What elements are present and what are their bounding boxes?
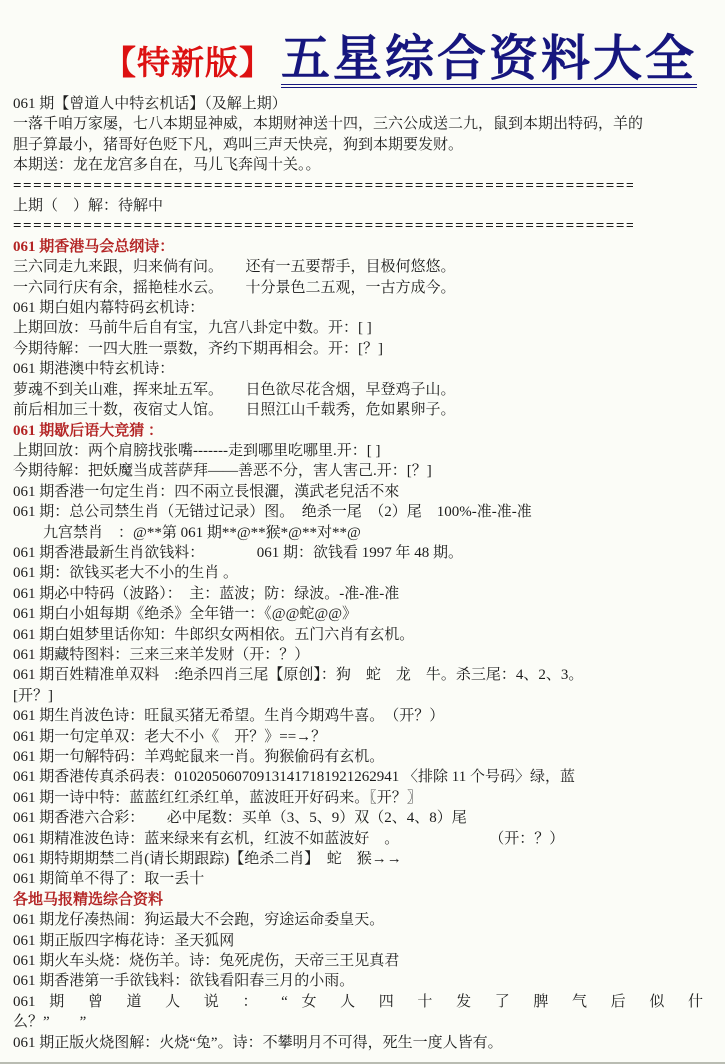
text-line: 061 期 曾 道 人 说 ： “ 女 人 四 十 发 了 脾 气 后 似 什	[13, 992, 715, 1012]
section-header: 061 期歇后语大竞猜 ：	[13, 421, 715, 441]
text-line: 胆子算最小，猪哥好色贬下凡，鸡叫三声天快亮，狗到本期要发财。	[13, 135, 715, 155]
text-line: 萝魂不到关山难，挥来址五军。 日色欲尽花含烟，早登鸡子山。	[13, 380, 715, 400]
section-header: 061 期香港马会总纲诗：	[13, 237, 715, 257]
text-line: 061 期香港六合彩： 必中尾数：买单（3、5、9）双（2、4、8）尾	[13, 808, 715, 828]
text-line: 本期送：龙在龙宫多自在，马儿飞奔闯十关。。	[13, 155, 715, 175]
text-line: 上期（ ）解：待解中	[13, 196, 715, 216]
page-title: 五星综合资料大全	[281, 34, 697, 88]
text-line: 061 期：欲钱买老大不小的生肖 。	[13, 563, 715, 583]
text-line: 一六同行庆有余，摇艳桂水云。 十分景色二五观，一古方成今。	[13, 278, 715, 298]
text-line: 061 期特期期禁二肖(请长期跟踪)【绝杀二肖】 蛇 猴→→	[13, 849, 715, 869]
text-line: 061 期精准波色诗：蓝来绿来有玄机，红波不如蓝波好 。 （开：？）	[13, 829, 715, 849]
content-lines: 061 期【曾道人中特玄机话】（及解上期）一落千咱万家屡，七八本期显神威，本期财…	[0, 92, 725, 1053]
text-line: 一落千咱万家屡，七八本期显神威，本期财神送十四，三六公成送二九，鼠到本期出特码，…	[13, 114, 715, 134]
text-line: 061 期龙仔凑热闹：狗运最大不会跑，穷途运命委皇天。	[13, 910, 715, 930]
divider-line: ========================================…	[13, 216, 633, 236]
text-line: 061 期香港一句定生肖：四不兩立長恨灑，漢武老兒活不來	[13, 482, 715, 502]
text-line: 上期回放：马前牛后自有宝，九宫八卦定中数。开：[ ]	[13, 318, 715, 338]
text-line: 九宫禁肖 ：@**第 061 期**@**猴*@**对**@	[13, 523, 715, 543]
text-line: 三六同走九来跟，归来倘有问。 还有一五要帮手，目极何悠悠。	[13, 257, 715, 277]
masthead: 【特新版】 五星综合资料大全	[0, 0, 725, 92]
text-line: 061 期一句解特码：羊鸡蛇鼠来一肖。狗猴偷码有玄机。	[13, 747, 715, 767]
text-line: 061 期白小姐每期《绝杀》全年错一：《@@蛇@@》	[13, 604, 715, 624]
text-line: 061 期香港传真杀码表：010205060709131417181921262…	[13, 767, 715, 787]
text-line: 061 期藏特图料：三来三来羊发财（开：？）	[13, 645, 715, 665]
text-line: 061 期白姐内幕特码玄机诗：	[13, 298, 715, 318]
text-line: 061 期正版火烧图解：火烧“兔”。诗：不攀明月不可得，死生一度人皆有。	[13, 1033, 715, 1053]
text-line: 061 期百姓精准单双料 :绝杀四肖三尾【原创】：狗 蛇 龙 牛。杀三尾：4、2…	[13, 665, 715, 685]
text-line: 061 期港澳中特玄机诗：	[13, 359, 715, 379]
text-line: 061 期一诗中特：蓝蓝红红杀红单，蓝波旺开好码来。〖开？〗	[13, 788, 715, 808]
text-line: 061 期一句定单双：老大不小《 开？》==→？	[13, 727, 715, 747]
edition-tag: 【特新版】	[103, 46, 273, 88]
text-line: 061 期正版四字梅花诗：圣天狐网	[13, 931, 715, 951]
text-line: 上期回放：两个肩膀找张嘴-------走到哪里吃哪里.开：[ ]	[13, 441, 715, 461]
section-header: 各地马报精选综合资料	[13, 890, 715, 910]
text-line: [开？]	[13, 686, 715, 706]
text-line: 061 期火车头烧：烧伤羊。诗：兔死虎伤，天帝三王见真君	[13, 951, 715, 971]
text-line: 061 期【曾道人中特玄机话】（及解上期）	[13, 94, 715, 114]
text-line: 061 期生肖波色诗：旺鼠买猪无希望。生肖今期鸡牛喜。 （开？）	[13, 706, 715, 726]
text-line: 061 期简单不得了：取一丢十	[13, 869, 715, 889]
text-line: 前后相加三十数，夜宿丈人馆。 日照江山千载秀，危如累卵子。	[13, 400, 715, 420]
text-line: 么？” ”	[13, 1012, 715, 1032]
text-line: 今期待解：把妖魔当成菩萨拜——善恶不分，害人害己.开：[？]	[13, 461, 715, 481]
text-line: 今期待解：一四大胜一票数，齐约下期再相会。开：[？]	[13, 339, 715, 359]
text-line: 061 期香港第一手欲钱料：欲钱看阳春三月的小雨。	[13, 971, 715, 991]
text-line: 061 期：总公司禁生肖（无错过记录）图。 绝杀一尾 （2）尾 100%-准-准…	[13, 502, 715, 522]
text-line: 061 期香港最新生肖欲钱料： 061 期：欲钱看 1997 年 48 期。	[13, 543, 715, 563]
text-line: 061 期白姐梦里话你知：牛郎织女两相依。五门六肖有玄机。	[13, 625, 715, 645]
text-line: 061 期必中特码（波路）： 主：蓝波；防：绿波。-准-准-准	[13, 584, 715, 604]
divider-line: ========================================…	[13, 176, 633, 196]
document-page: 【特新版】 五星综合资料大全 061 期【曾道人中特玄机话】（及解上期）一落千咱…	[0, 0, 725, 1064]
